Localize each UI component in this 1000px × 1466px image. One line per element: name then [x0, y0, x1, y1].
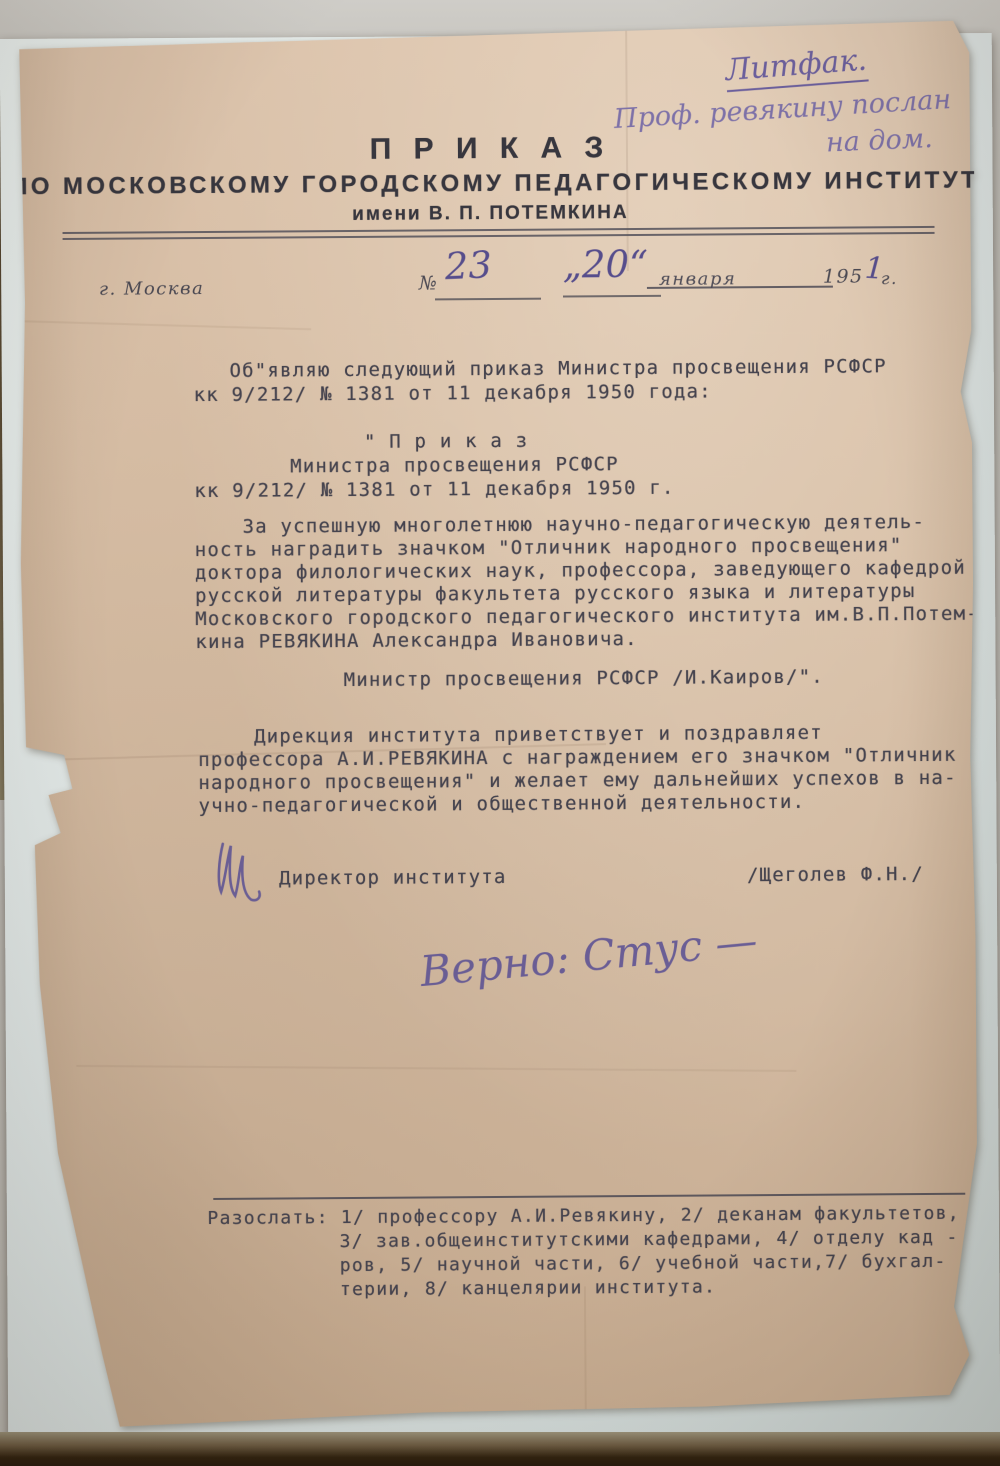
fold-crease-left	[21, 320, 311, 330]
document-page-wrap: Литфак. Проф. ревякину послан на дом. П …	[9, 19, 979, 1438]
director-label: Директор института	[279, 866, 507, 890]
month-strike-line	[647, 286, 833, 289]
handwritten-certified-note: Верно: Стус —	[418, 916, 759, 997]
number-underline	[435, 298, 541, 300]
number-label: №	[419, 272, 439, 294]
day-underline	[563, 295, 661, 297]
year-prefix: 195	[823, 265, 864, 287]
handwritten-order-number: 23	[444, 243, 493, 288]
distribution-line: ров, 5/ научной части, 6/ учебной части,…	[340, 1251, 947, 1276]
director-signature	[209, 829, 288, 914]
fold-crease-lower	[76, 1065, 796, 1072]
document-page: Литфак. Проф. ревякину послан на дом. П …	[9, 19, 979, 1438]
minister-signature-line: Министр просвещения РСФСР /И.Каиров/".	[344, 666, 824, 691]
distribution-line: терии, 8/ канцелярии института.	[340, 1276, 716, 1300]
quoted-order-title: " П р и к а з	[364, 430, 528, 453]
distribution-separator-line	[213, 1193, 965, 1200]
distribution-line: 3/ зав.общеинститутскими кафедрами, 4/ о…	[340, 1227, 959, 1252]
distribution-line: Разослать: 1/ профессору А.И.Ревякину, 2…	[207, 1203, 960, 1229]
institute-title: ПО МОСКОВСКОМУ ГОРОДСКОМУ ПЕДАГОГИЧЕСКОМ…	[10, 167, 970, 202]
congratulation-line: Дирекция института приветствует и поздра…	[254, 722, 823, 748]
order-title: П Р И К А З	[10, 129, 970, 170]
handwritten-day: „20“	[563, 243, 648, 287]
institute-name-line: имени В. П. ПОТЕМКИНА	[10, 200, 970, 229]
intro-line-1: Об"являю следующий приказ Министра просв…	[229, 355, 886, 382]
letterhead-rule-bottom	[63, 232, 935, 240]
award-paragraph-line: кина РЕВЯКИНА Александра Ивановича.	[195, 628, 638, 653]
quoted-order-line-2: Министра просвещения РСФСР	[290, 453, 619, 477]
director-name: /Щеголев Ф.Н./	[747, 863, 924, 886]
congratulation-line: учно-педагогической и общественной деяте…	[198, 791, 805, 817]
congratulation-line: народного просвещения" и желает ему даль…	[198, 767, 956, 794]
table-edge	[0, 1432, 1000, 1466]
quoted-order-line-3: кк 9/212/ № 1381 от 11 декабря 1950 г.	[194, 477, 674, 502]
photographed-document-scene: Литфак. Проф. ревякину послан на дом. П …	[0, 0, 1000, 1466]
intro-line-2: кк 9/212/ № 1381 от 11 декабря 1950 года…	[194, 380, 712, 406]
award-paragraph-line: Московского городского педагогического и…	[195, 603, 979, 630]
handwritten-faculty-note: Литфак.	[724, 42, 868, 92]
fold-crease-bottom-vertical	[584, 1286, 587, 1411]
year-suffix: г.	[881, 269, 898, 289]
city-label: г. Москва	[99, 278, 205, 300]
